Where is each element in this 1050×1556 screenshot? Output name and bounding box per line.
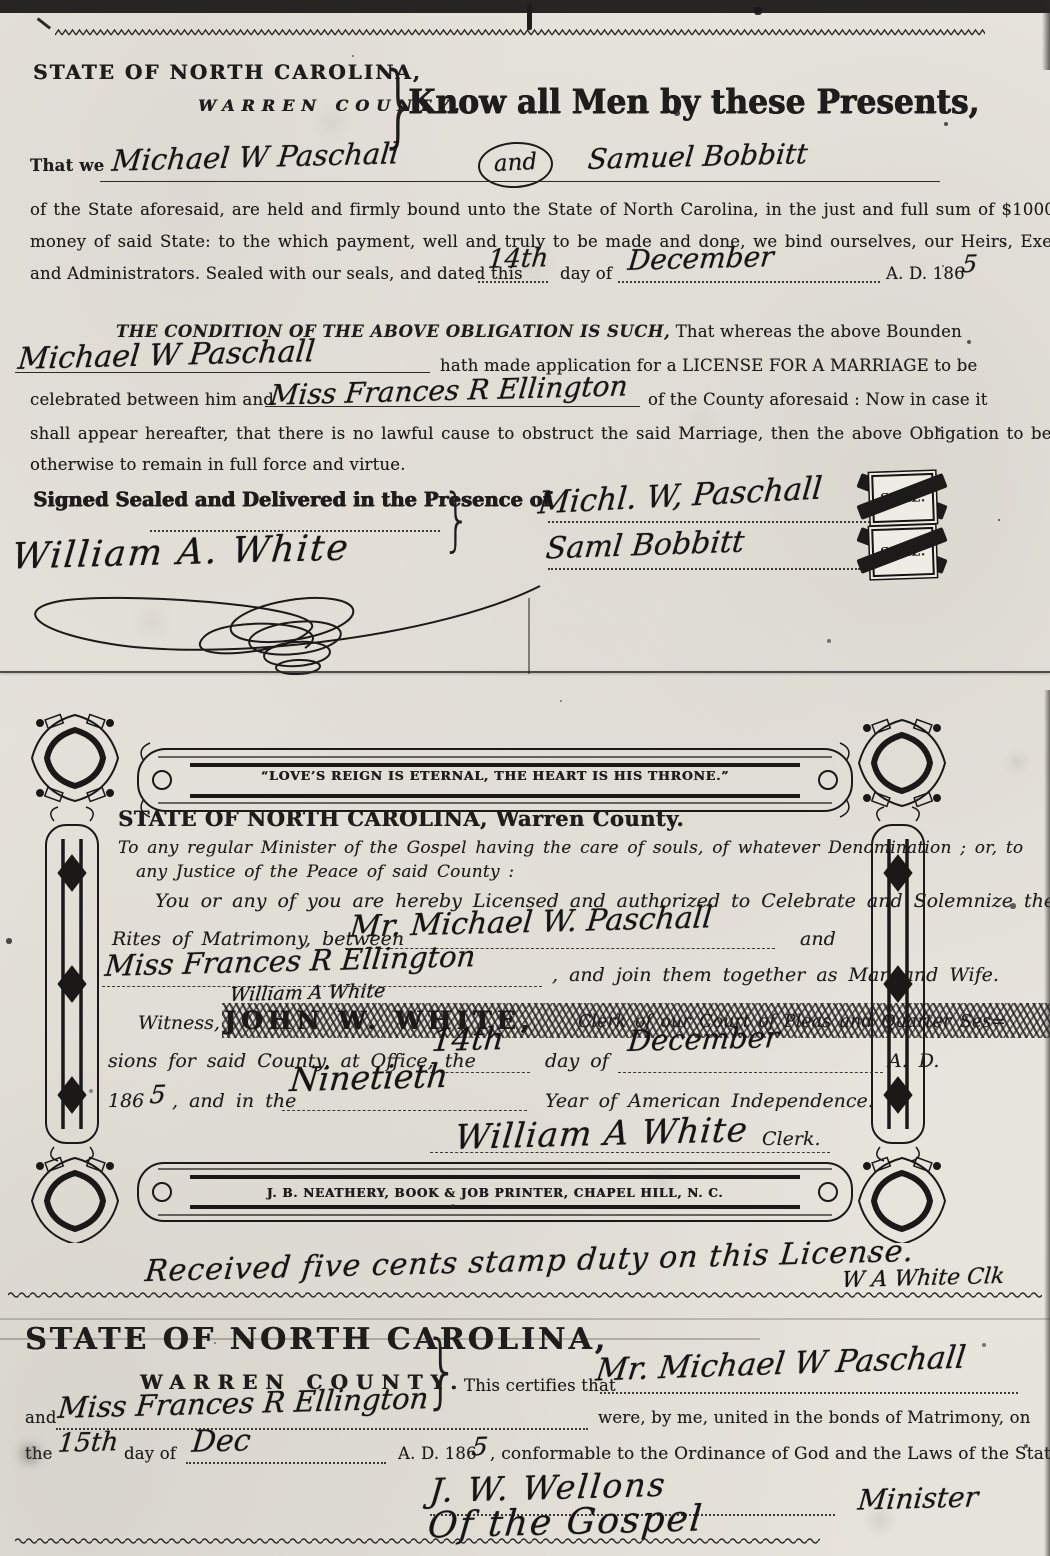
bond-body-line3: and Administrators. Sealed with our seal… — [30, 264, 523, 283]
bond-day-value: 14th — [487, 243, 550, 275]
certification-and: and — [25, 1408, 57, 1427]
condition-line4: otherwise to remain in full force and vi… — [30, 455, 406, 474]
independence-year: Ninetieth — [288, 1056, 450, 1099]
fold-line-vertical — [528, 598, 530, 674]
surety-signature: Saml Bobbitt — [544, 524, 746, 566]
license-line6-mid: , and in the — [172, 1090, 296, 1112]
scan-top-center-tick — [527, 4, 532, 30]
license-line6-post: Year of American Independence. — [545, 1090, 874, 1112]
groom-signature: Michl. W, Paschall — [537, 470, 824, 521]
presence-brace: } — [442, 478, 471, 559]
condition-lead2: That whereas the above Bounden — [670, 322, 962, 341]
bond-body-line1: of the State aforesaid, are held and fir… — [30, 200, 1050, 219]
corner-tl — [32, 715, 118, 802]
bottom-wavy-rule — [15, 1536, 820, 1546]
fold-mark — [37, 17, 51, 29]
certificate-motto: “LOVE’S REIGN IS ETERNAL, THE HEART IS H… — [140, 768, 850, 783]
surety-signature-line — [548, 568, 860, 570]
seal-badge: SEAL. — [871, 527, 935, 577]
condition-line3: shall appear hereafter, that there is no… — [30, 424, 1050, 443]
condition-line2-post: of the County aforesaid : Now in case it — [648, 390, 988, 409]
certification-brace: } — [424, 1324, 460, 1418]
bond-month-value: December — [626, 240, 775, 277]
witness-signature: William A. White — [10, 528, 352, 578]
condition-line2-pre: celebrated between him and — [30, 390, 274, 409]
license-office-day-of: day of — [545, 1050, 609, 1072]
bond-day-blank — [478, 281, 548, 283]
license-witness-label: Witness, — [138, 1012, 220, 1034]
right-edge-shadow — [1044, 690, 1050, 1556]
certification-ad: A. D. 186 — [398, 1444, 477, 1463]
license-ad: A. D. — [888, 1050, 939, 1072]
seal-2: SEAL. — [862, 524, 942, 578]
certification-month-line — [186, 1462, 386, 1464]
seal-1: SEAL. — [862, 470, 942, 524]
signature-flourish — [5, 572, 550, 677]
corner-bl — [32, 1158, 118, 1243]
certification-day-of: day of — [124, 1444, 176, 1463]
zigzag-rule — [55, 28, 985, 37]
certification-day: 15th — [57, 1427, 120, 1459]
license-office-day: 14th — [430, 1021, 505, 1059]
independence-year-blank — [282, 1110, 527, 1111]
certification-state-heading: STATE OF NORTH CAROLINA, — [25, 1322, 608, 1357]
certification-united: were, by me, united in the bonds of Matr… — [598, 1408, 1031, 1427]
condition-groom-underline — [15, 372, 430, 373]
license-office-month: December — [626, 1020, 780, 1058]
paper-stains — [0, 0, 4, 4]
bond-principal-2: Samuel Bobbitt — [586, 137, 809, 176]
bond-year-digit: 5 — [961, 250, 979, 278]
groom-signature-line — [548, 521, 870, 523]
license-year-digit: 5 — [149, 1080, 168, 1109]
marriage-bond-document: STATE OF NORTH CAROLINA, WARREN COUNTY. … — [0, 0, 1050, 1556]
license-heading: STATE OF NORTH CAROLINA, Warren County. — [118, 806, 684, 831]
minister-title: Minister — [856, 1480, 979, 1516]
license-office-month-blank — [618, 1072, 883, 1073]
certification-bride-line — [56, 1428, 588, 1430]
stamp-wavy-rule — [8, 1290, 1042, 1300]
fold-line-horizontal — [0, 671, 1050, 673]
bond-principal-1: Michael W Paschall — [110, 136, 400, 178]
clerk-title: Clerk. — [762, 1128, 821, 1150]
certification-the: the — [25, 1444, 53, 1463]
bond-conjunction: and — [477, 140, 555, 190]
condition-groom-name: Michael W Paschall — [16, 334, 316, 377]
license-addressee-line2: any Justice of the Peace of said County … — [136, 862, 514, 882]
condition-bride-underline — [265, 406, 640, 407]
certification-certifies: This certifies that — [464, 1376, 616, 1395]
corner-br — [859, 1158, 945, 1243]
corner-tr — [859, 720, 945, 807]
stamp-duty-signature: W A White Clk — [841, 1264, 1006, 1293]
seal-badge: SEAL. — [871, 473, 935, 523]
certification-year-digit: 5 — [471, 1432, 490, 1461]
bond-day-of: day of — [560, 264, 612, 283]
license-body-line2-post: and — [800, 928, 836, 950]
bond-month-blank — [618, 281, 880, 283]
certification-month: Dec — [190, 1423, 252, 1460]
presence-clause: Signed Sealed and Delivered in the Prese… — [33, 488, 551, 511]
license-year-prefix: 186 — [108, 1090, 144, 1112]
certification-groom-line — [600, 1392, 1018, 1394]
bond-name-underline — [100, 181, 940, 182]
certification-groom-name: Mr. Michael W Paschall — [594, 1339, 968, 1388]
certification-conformable: , conformable to the Ordinance of God an… — [490, 1444, 1050, 1464]
bond-state-heading: STATE OF NORTH CAROLINA, — [33, 60, 422, 84]
fold-streak-1 — [0, 1318, 1050, 1320]
bond-ad-year: A. D. 186 — [886, 264, 965, 283]
printer-imprint: J. B. NEATHERY, BOOK & JOB PRINTER, CHAP… — [140, 1186, 850, 1200]
license-body-line3-post: , and join them together as Man and Wife… — [552, 964, 999, 986]
bond-that-we: That we — [30, 156, 104, 175]
clerk-signature: William A White — [453, 1110, 750, 1158]
license-addressee-line1: To any regular Minister of the Gospel ha… — [118, 838, 1023, 858]
right-edge-shadow-top — [1042, 0, 1050, 70]
bond-blackletter-heading: Know all Men by these Presents, — [408, 82, 979, 122]
certification-bride-name: Miss Frances R Ellington — [56, 1381, 430, 1425]
left-border-ornament — [46, 807, 98, 1161]
scan-top-edge — [0, 0, 1050, 13]
